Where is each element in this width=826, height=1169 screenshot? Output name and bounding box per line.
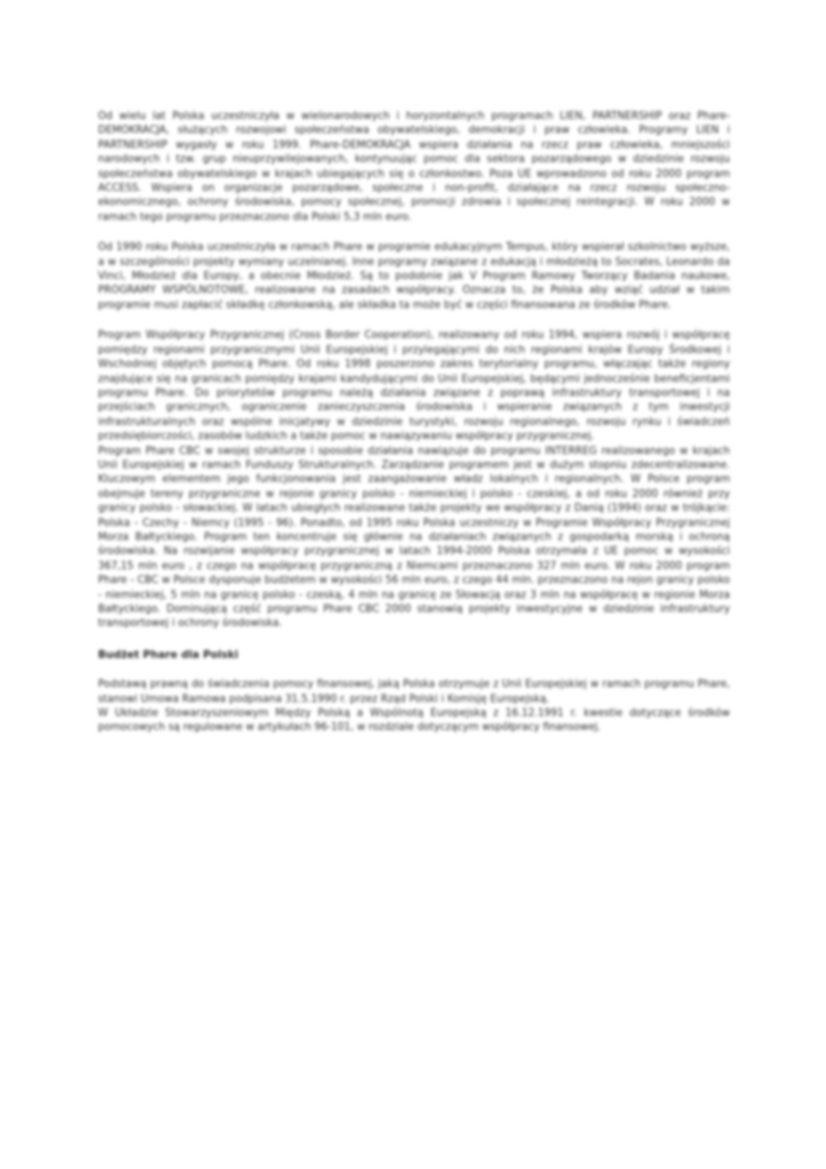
paragraph-phare-cbc-interreg: Program Phare CBC w swojej strukturze i …: [98, 445, 730, 632]
paragraph-framework-agreement: Podstawą prawną do świadczenia pomocy fi…: [98, 678, 730, 707]
paragraph-association-agreement: W Układzie Stowarzyszeniowym Między Pols…: [98, 707, 730, 736]
paragraph-tempus-education: Od 1990 roku Polska uczestniczyła w rama…: [98, 241, 730, 313]
paragraph-lien-partnership-demokracja: Od wielu lat Polska uczestniczyła w wiel…: [98, 110, 730, 225]
document-page: Od wielu lat Polska uczestniczyła w wiel…: [98, 110, 730, 752]
paragraph-cross-border-cooperation: Program Współpracy Przygranicznej (Cross…: [98, 329, 730, 444]
section-heading-phare-budget: Budżet Phare dla Polski: [98, 648, 730, 662]
